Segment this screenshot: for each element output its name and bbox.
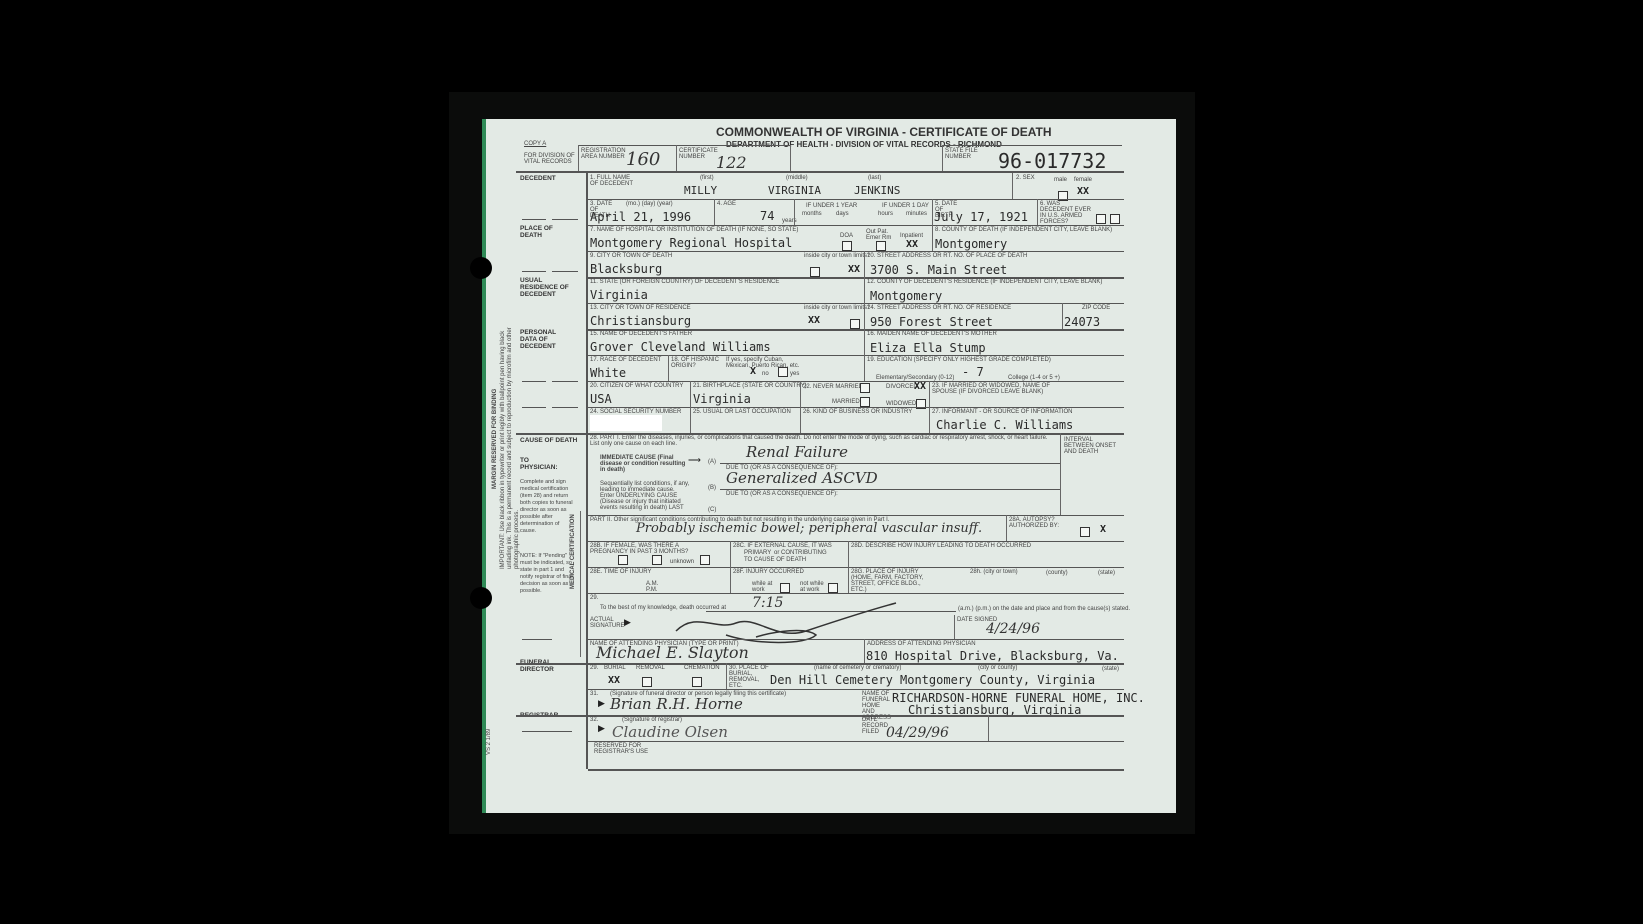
- rule: [586, 171, 588, 769]
- sex-male-label: male: [1054, 177, 1067, 183]
- section-place-of-death: PLACE OF DEATH: [520, 225, 570, 239]
- ssn-redacted: [590, 415, 662, 431]
- registration-area-value: 160: [626, 149, 660, 170]
- minutes-label: minutes: [906, 211, 927, 217]
- rule: [522, 639, 552, 640]
- immediate-cause-label: IMMEDIATE CAUSE (Final disease or condit…: [600, 455, 686, 473]
- inside-limits-no-checkbox[interactable]: XX: [848, 265, 860, 275]
- rule: [588, 741, 1124, 742]
- age-label: 4. AGE: [717, 201, 736, 207]
- city-county-hint: (city or county): [978, 665, 1017, 671]
- line-c-label: (C): [708, 507, 716, 513]
- rule: [588, 567, 1124, 568]
- rule: [588, 303, 1124, 304]
- removal-checkbox[interactable]: [642, 677, 652, 687]
- under-year-label: IF UNDER 1 YEAR: [806, 203, 857, 209]
- rule: [588, 225, 1124, 226]
- physician-instructions: Complete and sign medical certification …: [520, 479, 576, 535]
- rule: [932, 225, 933, 251]
- education-label: 19. EDUCATION (Specify only highest grad…: [867, 357, 1051, 363]
- rule: [1006, 515, 1007, 541]
- copy-label: COPY A: [524, 141, 546, 147]
- line-a-label: (A): [708, 459, 716, 465]
- certificate-title: COMMONWEALTH OF VIRGINIA - CERTIFICATE O…: [716, 125, 1052, 139]
- rule: [942, 145, 1122, 146]
- outpatient-label: Out Pat. Emer Rm: [866, 229, 894, 241]
- cemetery-location: Montgomery County, Virginia: [900, 673, 1095, 687]
- director-sig-item: 31.: [590, 691, 598, 697]
- section-usual-residence: USUAL RESIDENCE OF DECEDENT: [520, 277, 572, 298]
- signature-label: ACTUAL SIGNATURE: [590, 617, 626, 629]
- birthplace-label: 21. BIRTHPLACE (state or country): [693, 383, 807, 389]
- residence-inside-no-checkbox[interactable]: [850, 319, 860, 329]
- race: White: [590, 366, 626, 380]
- rule: [929, 381, 930, 407]
- certification-item-label: 29.: [590, 595, 598, 601]
- armed-forces-yes-checkbox[interactable]: [1096, 214, 1106, 224]
- citizen-label: 20. CITIZEN OF WHAT COUNTRY: [590, 383, 683, 389]
- date-filed: 04/29/96: [886, 725, 949, 741]
- rule: [522, 219, 546, 220]
- hispanic-hint: If yes, specify Cuban, Mexican, Puerto R…: [726, 357, 806, 369]
- hours-label: hours: [878, 211, 893, 217]
- to-physician-label: TO PHYSICIAN:: [520, 457, 560, 471]
- rule: [714, 199, 715, 225]
- rule: [522, 271, 546, 272]
- hispanic-yes-checkbox[interactable]: [778, 367, 788, 377]
- rule: [588, 407, 1124, 408]
- cemetery-hint: (name of cemetery or crematory): [814, 665, 901, 671]
- birthplace: Virginia: [693, 392, 751, 406]
- rule: [690, 381, 691, 407]
- education-elementary: - 7: [962, 365, 984, 379]
- county-of-death-label: 8. COUNTY OF DEATH (if independent city,…: [935, 227, 1112, 233]
- burial-checkbox[interactable]: XX: [608, 676, 620, 686]
- injury-occurred-label: 28f. INJURY OCCURRED: [733, 569, 804, 575]
- pregnancy-unknown-checkbox[interactable]: [700, 555, 710, 565]
- rule: [580, 511, 581, 657]
- county-of-death: Montgomery: [935, 237, 1007, 251]
- rule: [720, 489, 1060, 490]
- rule: [588, 639, 1124, 640]
- middle-name-label: (middle): [786, 175, 808, 181]
- rule: [676, 145, 677, 171]
- armed-forces-no-checkbox[interactable]: [1110, 214, 1120, 224]
- while-at-work-label: while at work: [752, 581, 776, 593]
- director-sig-arrow-icon: ▶: [598, 698, 605, 709]
- rule: [730, 541, 731, 567]
- residence-state-label: 11. STATE (OR FOREIGN COUNTRY) OF DECEDE…: [590, 279, 779, 285]
- medical-certification-label: MEDICAL CERTIFICATION: [570, 514, 576, 589]
- rule: [588, 515, 1124, 516]
- registration-area-label: REGISTRATION AREA NUMBER: [581, 148, 629, 160]
- hispanic-yes-label: yes: [790, 371, 799, 377]
- city-of-death: Blacksburg: [590, 262, 662, 276]
- contributing-label: or CONTRIBUTING: [774, 550, 827, 556]
- rule: [1060, 433, 1061, 515]
- residence-city-label: 13. CITY OR TOWN OF RESIDENCE: [590, 305, 691, 311]
- never-married-label: 22. NEVER MARRIED: [803, 384, 863, 390]
- state-file-label: STATE FILE NUMBER: [945, 148, 985, 160]
- while-at-work-checkbox[interactable]: [780, 583, 790, 593]
- pregnancy-label: 28b. IF FEMALE, WAS THERE A PREGNANCY IN…: [590, 543, 710, 555]
- residence-city: Christiansburg: [590, 314, 691, 328]
- rule: [516, 715, 1124, 717]
- occupation-label: 25. USUAL OR LAST OCCUPATION: [693, 409, 791, 415]
- inside-limits-label: inside city or town limits?: [804, 253, 870, 259]
- date-parts-label: (mo.) (day) (year): [626, 201, 673, 207]
- important-note: IMPORTANT: Use black ribbon in typewrite…: [500, 309, 521, 569]
- divorced-checkbox[interactable]: XX: [914, 382, 926, 392]
- rule: [588, 689, 1124, 690]
- street-of-death: 3700 S. Main Street: [870, 263, 1007, 277]
- rule: [588, 381, 1124, 382]
- under-day-label: IF UNDER 1 DAY: [882, 203, 929, 209]
- rule: [690, 407, 691, 433]
- informant-label: 27. INFORMANT - OR SOURCE OF INFORMATION: [932, 409, 1072, 415]
- copy-for: FOR DIVISION OF VITAL RECORDS: [524, 153, 584, 165]
- pending-note: NOTE: If "Pending" must be indicated, so…: [520, 553, 576, 595]
- residence-street: 950 Forest Street: [870, 315, 993, 329]
- rule: [864, 355, 865, 381]
- rule: [552, 271, 578, 272]
- primary-label: PRIMARY: [744, 550, 771, 556]
- outpatient-checkbox[interactable]: [876, 241, 886, 251]
- sequential-label: Sequentially list conditions, if any, le…: [600, 481, 690, 511]
- spouse-label: 23. IF MARRIED OR WIDOWED, NAME OF SPOUS…: [932, 383, 1052, 395]
- rule: [848, 541, 849, 567]
- arrow-icon: ⟶: [688, 455, 701, 466]
- citizen: USA: [590, 392, 612, 406]
- rule: [954, 615, 955, 639]
- registrar-sig-arrow-icon: ▶: [598, 723, 605, 734]
- cause-line-b: Generalized ASCVD: [726, 469, 878, 487]
- age: 74: [760, 209, 774, 223]
- cemetery-name: Den Hill Cemetery: [770, 673, 893, 687]
- rule: [578, 145, 579, 171]
- married-checkbox[interactable]: [860, 397, 870, 407]
- date-signed: 4/24/96: [986, 621, 1040, 637]
- sex-label: 2. SEX: [1016, 175, 1035, 181]
- external-cause-label: 28c. IF EXTERNAL CAUSE, IT WAS: [733, 543, 832, 549]
- last-name: JENKINS: [854, 184, 900, 197]
- section-funeral-director: FUNERAL DIRECTOR: [520, 659, 570, 673]
- rule: [932, 199, 933, 225]
- line-b-label: (B): [708, 485, 716, 491]
- rule: [588, 593, 1124, 594]
- inpatient-checkbox[interactable]: XX: [906, 240, 918, 250]
- rule: [552, 381, 578, 382]
- physician-address-label: ADDRESS OF ATTENDING PHYSICIAN: [867, 641, 976, 647]
- form-id: VS 2 1/89: [486, 729, 492, 755]
- last-name-label: (last): [868, 175, 881, 181]
- reserved-label: RESERVED FOR REGISTRAR'S USE: [594, 743, 654, 755]
- informant: Charlie C. Williams: [936, 418, 1073, 432]
- rule: [588, 251, 1124, 252]
- not-while-at-work-label: not while at work: [800, 581, 828, 593]
- date-of-birth: July 17, 1921: [934, 210, 1028, 224]
- residence-inside-limits-label: inside city or town limits?: [804, 305, 870, 311]
- rule: [516, 171, 1124, 173]
- rule: [942, 145, 943, 171]
- rule: [522, 407, 546, 408]
- physician-address: 810 Hospital Drive, Blacksburg, Va.: [866, 649, 1119, 663]
- burial-label: BURIAL: [604, 665, 626, 671]
- not-while-at-work-checkbox[interactable]: [828, 583, 838, 593]
- injury-city-label: 28h. (city or town): [970, 569, 1018, 575]
- margin-note: MARGIN RESERVED FOR BINDING: [492, 389, 498, 489]
- injury-county-label: (county): [1046, 570, 1068, 576]
- rule: [1062, 303, 1063, 329]
- rule: [730, 567, 731, 593]
- hispanic-no-label: no: [762, 371, 769, 377]
- race-label: 17. RACE OF DECEDENT: [590, 357, 661, 363]
- rule: [864, 639, 865, 663]
- inside-limits-yes-checkbox[interactable]: [810, 267, 820, 277]
- rule: [668, 355, 669, 381]
- zip-label: ZIP CODE: [1082, 305, 1110, 311]
- state-hint: (state): [1102, 666, 1119, 672]
- due-to-label-b: DUE TO (OR AS A CONSEQUENCE OF):: [726, 491, 838, 497]
- certificate-number-value: 122: [716, 153, 747, 172]
- funeral-director-signature: Brian R.H. Horne: [610, 695, 743, 713]
- rule: [1037, 199, 1038, 225]
- rule: [790, 145, 791, 171]
- rule: [864, 303, 865, 329]
- months-label: months: [802, 211, 822, 217]
- part2-conditions: Probably ischemic bowel; peripheral vasc…: [636, 521, 982, 536]
- date-of-death: April 21, 1996: [590, 210, 691, 224]
- zip-code: 24073: [1064, 315, 1100, 329]
- time-of-injury-label: 28e. TIME OF INJURY: [590, 569, 651, 575]
- state-file-value: 96-017732: [998, 149, 1106, 173]
- rule: [552, 219, 578, 220]
- mother-label: 16. MAIDEN NAME OF DECEDENT'S MOTHER: [867, 331, 997, 337]
- divorced-label: DIVORCED: [886, 384, 918, 390]
- doa-checkbox[interactable]: [842, 241, 852, 251]
- place-of-burial-label: 30. PLACE OF BURIAL, REMOVAL, ETC.: [729, 665, 769, 689]
- death-certificate: COMMONWEALTH OF VIRGINIA - CERTIFICATE O…: [482, 119, 1176, 813]
- hispanic-no-checkbox[interactable]: X: [750, 367, 756, 377]
- section-decedent: DECEDENT: [520, 175, 556, 182]
- section-cause-of-death: CAUSE OF DEATH: [520, 437, 577, 444]
- binder-hole-bottom: [470, 587, 492, 609]
- am-pm-label: A.M. P.M.: [646, 581, 658, 593]
- hispanic-label: 18. OF HISPANIC ORIGIN?: [671, 357, 725, 369]
- rule: [1012, 173, 1013, 199]
- middle-name: VIRGINIA: [768, 184, 821, 197]
- rule: [864, 277, 865, 303]
- first-name-label: (first): [700, 175, 714, 181]
- rule: [848, 567, 849, 593]
- registrar-signature: Claudine Olsen: [612, 723, 728, 741]
- residence-street-label: 14. STREET ADDRESS OR RT. NO. OF RESIDEN…: [867, 305, 1011, 311]
- armed-forces-label: 6. WAS DECEDENT EVER IN U.S. ARMED FORCE…: [1040, 201, 1092, 225]
- rule: [794, 199, 795, 225]
- removal-label: REMOVAL: [636, 665, 665, 671]
- doa-label: DOA: [840, 233, 853, 239]
- residence-inside-yes-checkbox[interactable]: XX: [808, 316, 820, 326]
- interval-label: INTERVAL BETWEEN ONSET AND DEATH: [1064, 437, 1122, 455]
- rule: [988, 715, 989, 741]
- cremation-checkbox[interactable]: [692, 677, 702, 687]
- street-of-death-label: 10. STREET ADDRESS OR RT. NO. OF PLACE O…: [867, 253, 1027, 259]
- hospital-label: 7. NAME OF HOSPITAL OR INSTITUTION OF DE…: [590, 227, 798, 233]
- cause-line-a: Renal Failure: [746, 443, 848, 461]
- business-label: 26. KIND OF BUSINESS OR INDUSTRY: [803, 409, 912, 415]
- pregnancy-no-checkbox[interactable]: [652, 555, 662, 565]
- to-cause-label: TO CAUSE OF DEATH: [744, 557, 806, 563]
- rule: [578, 145, 790, 146]
- full-name-label: 1. FULL NAME OF DECEDENT: [590, 175, 640, 187]
- residence-county-label: 12. COUNTY OF DECEDENT'S RESIDENCE (if i…: [867, 279, 1102, 285]
- cremation-label: CREMATION: [684, 665, 720, 671]
- autopsy-no-checkbox[interactable]: X: [1100, 525, 1106, 535]
- father-name: Grover Cleveland Williams: [590, 340, 771, 354]
- signature-arrow-icon: ▶: [624, 617, 631, 628]
- describe-injury-label: 28d. DESCRIBE HOW INJURY LEADING TO DEAT…: [851, 543, 1031, 549]
- rule: [588, 541, 1124, 542]
- never-married-checkbox[interactable]: [860, 383, 870, 393]
- pregnancy-unknown-label: unknown: [670, 559, 694, 565]
- rule: [726, 663, 727, 689]
- mother-maiden-name: Eliza Ella Stump: [870, 341, 986, 355]
- autopsy-yes-checkbox[interactable]: [1080, 527, 1090, 537]
- rule: [720, 463, 1060, 464]
- am-pm-suffix: (a.m.) (p.m.) on the date and place and …: [958, 606, 1130, 612]
- first-name: MILLY: [684, 184, 717, 197]
- residence-county: Montgomery: [870, 289, 942, 303]
- rule: [552, 407, 578, 408]
- father-label: 15. NAME OF DECEDENT'S FATHER: [590, 331, 692, 337]
- hospital-name: Montgomery Regional Hospital: [590, 236, 792, 250]
- binder-hole-top: [470, 257, 492, 279]
- disposition-item-label: 29.: [590, 665, 598, 671]
- city-of-death-label: 9. CITY OR TOWN OF DEATH: [590, 253, 672, 259]
- physician-name: Michael E. Slayton: [596, 643, 749, 662]
- rule: [800, 381, 801, 407]
- rule: [588, 199, 1124, 200]
- rule: [864, 251, 865, 277]
- sex-female-label: female: [1074, 177, 1092, 183]
- rule: [800, 407, 801, 433]
- residence-state: Virginia: [590, 288, 648, 302]
- days-label: days: [836, 211, 849, 217]
- married-label: MARRIED: [832, 399, 860, 405]
- certificate-number-label: CERTIFICATE NUMBER: [679, 148, 719, 160]
- injury-state-label: (state): [1098, 570, 1115, 576]
- sex-female-checkbox[interactable]: XX: [1077, 187, 1089, 197]
- rule: [588, 769, 1124, 771]
- pregnancy-yes-checkbox[interactable]: [618, 555, 628, 565]
- place-of-injury-label: 28g. PLACE OF INJURY (home, farm, factor…: [851, 569, 927, 593]
- rule: [522, 731, 572, 732]
- section-personal-data: PERSONAL DATA OF DECEDENT: [520, 329, 570, 350]
- rule: [929, 407, 930, 433]
- rule: [864, 329, 865, 355]
- rule: [522, 381, 546, 382]
- autopsy-label: 28a. AUTOPSY? AUTHORIZED BY:: [1009, 517, 1069, 529]
